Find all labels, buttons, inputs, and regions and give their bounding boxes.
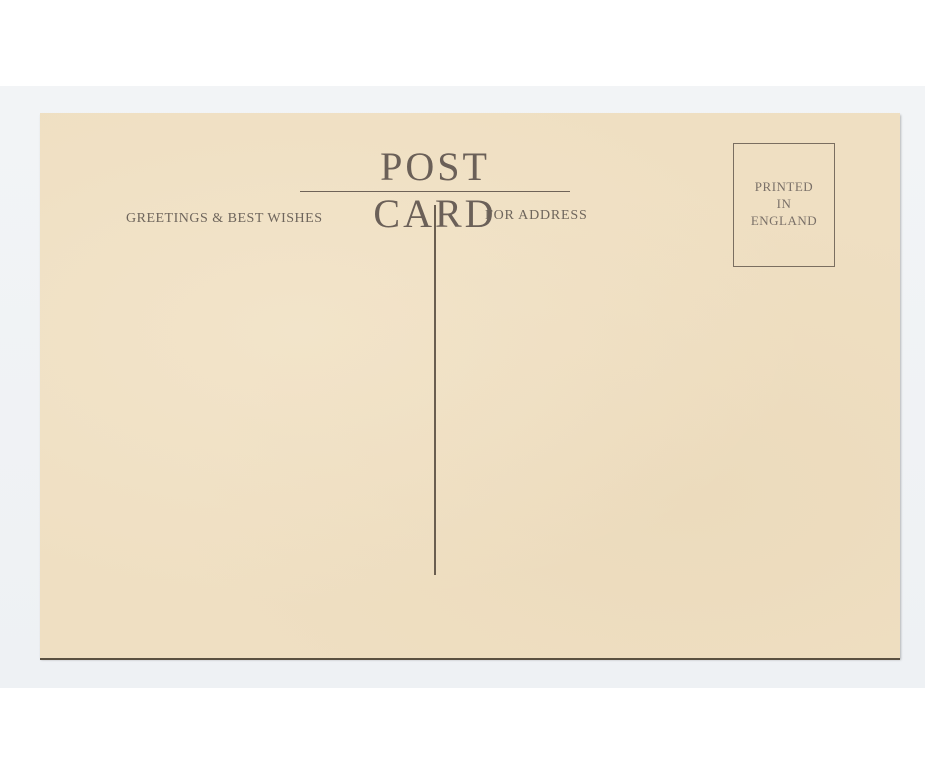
stamp-box: PRINTED IN ENGLAND [733,143,835,267]
greetings-heading: GREETINGS & BEST WISHES [126,211,323,227]
stamp-text-line3: ENGLAND [751,212,817,229]
title-underline [300,191,570,192]
stamp-text-line1: PRINTED [755,178,813,195]
stamp-text-line2: IN [777,195,792,212]
address-heading: FOR ADDRESS [485,208,588,224]
center-divider-line [434,205,436,575]
postcard-back: POST CARD GREETINGS & BEST WISHES FOR AD… [40,113,900,658]
